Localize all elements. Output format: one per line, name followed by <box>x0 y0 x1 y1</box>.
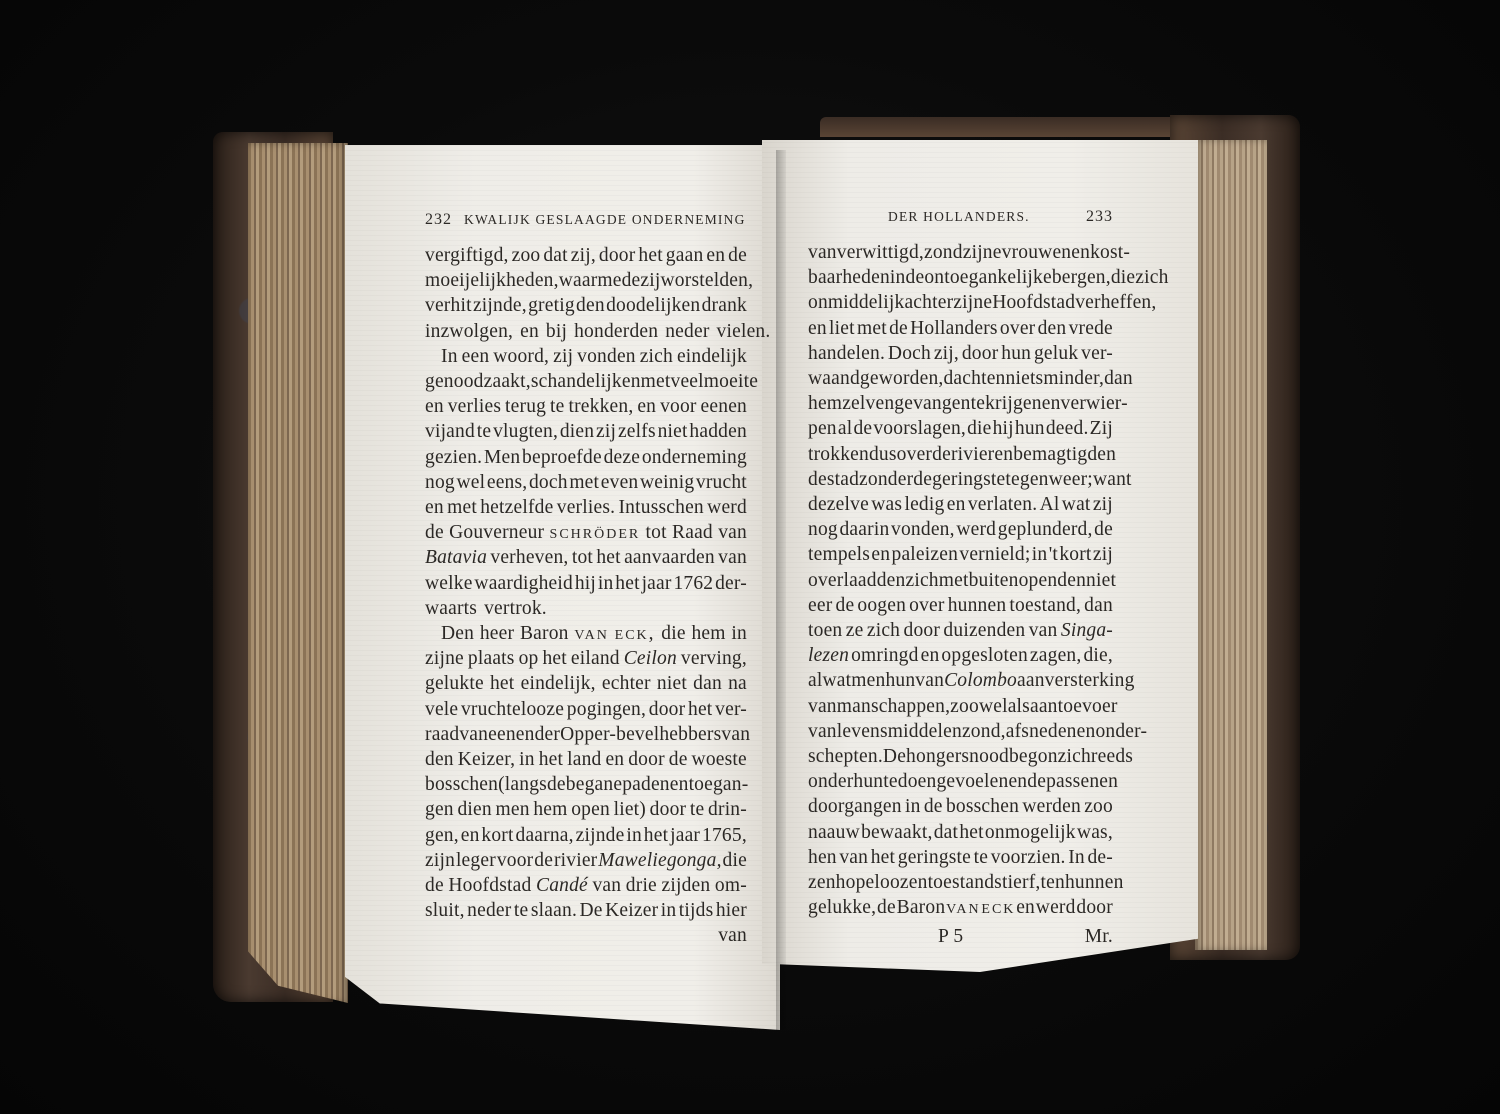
text-line: gen,enkortdaarna,zijndeinhetjaar1765, <box>425 823 747 848</box>
text-line: DenheerBaronVANECK,diehemin <box>425 621 747 646</box>
text-line: welkewaardigheidhijinhetjaar1762der- <box>425 571 747 596</box>
catchword: van <box>718 923 747 948</box>
text-line: waartsvertrok. <box>425 596 747 621</box>
text-line: verhitzijnde,gretigdendoodelijkendrank <box>425 293 747 318</box>
running-title: DER HOLLANDERS. <box>888 204 1030 229</box>
open-book: 232 KWALIJK GESLAAGDE ONDERNEMING vergif… <box>0 0 1500 1114</box>
text-line: Ineenwoord,zijvondenzicheindelijk <box>425 344 747 369</box>
text-line: deGouverneurSCHRÖDERtotRaadvan <box>425 520 747 545</box>
right-running-head: DER HOLLANDERS. 233 <box>808 204 1113 240</box>
text-line: zenhopeloozentoestandstierf,tenhunnen <box>808 870 1113 895</box>
page-number: 233 <box>1086 204 1113 229</box>
text-line: schepten.Dehongersnoodbegonzichreeds <box>808 744 1113 769</box>
page-footer: P 5 Mr. <box>808 924 1113 949</box>
text-line: deHoofdstadCandévandriezijdenom- <box>425 873 747 898</box>
text-line: sluit,nederteslaan.DeKeizerintijdshier <box>425 898 747 923</box>
text-line: gendienmenhemopenliet)doortedrin- <box>425 797 747 822</box>
text-line: moeijelijkheden,waarmedezijworstelden, <box>425 268 747 293</box>
text-line: hemzelvengevangentekrijgenenverwier- <box>808 391 1113 416</box>
text-line: nogweleens,dochmetevenweinigvrucht <box>425 470 747 495</box>
text-line: raadvaneenenderOpper-bevelhebbersvan <box>425 722 747 747</box>
text-line: vijandtevlugten,dienzijzelfsniethadden <box>425 419 747 444</box>
text-line: henvanhetgeringstetevoorzien.Inde- <box>808 845 1113 870</box>
text-line: toenzezichdoorduizendenvanSinga- <box>808 618 1113 643</box>
text-line: bosschen(langsdebeganepadenentoegan- <box>425 772 747 797</box>
text-line: vanlevensmiddelenzond,afsnedenenonder- <box>808 719 1113 744</box>
text-line: gelukke,deBaronVANECKenwerddoor <box>808 895 1113 920</box>
text-line: baarhedenindeontoegankelijkebergen,diezi… <box>808 265 1113 290</box>
right-body: vanverwittigd,zondzijnevrouwenenkost-baa… <box>808 240 1113 920</box>
left-running-head: 232 KWALIJK GESLAAGDE ONDERNEMING <box>425 207 747 243</box>
text-line: trokkendusoverderivierenbemagtigden <box>808 442 1113 467</box>
text-line: enlietmetdeHollandersoverdenvrede <box>808 316 1113 341</box>
text-line: enverliesterugtetrekken,envooreenen <box>425 394 747 419</box>
left-page-text: 232 KWALIJK GESLAAGDE ONDERNEMING vergif… <box>425 207 747 949</box>
text-line: alwatmenhunvanColomboaanversterking <box>808 668 1113 693</box>
page-number: 232 <box>425 207 452 232</box>
text-line: gelukteheteindelijk,echternietdanna <box>425 671 747 696</box>
text-line: Bataviaverheven,tothetaanvaardenvan <box>425 545 747 570</box>
book-gutter <box>776 150 786 1030</box>
text-line: waandgeworden,dachtennietsminder,dan <box>808 366 1113 391</box>
running-title: KWALIJK GESLAAGDE ONDERNEMING <box>464 207 746 232</box>
text-line: inzwolgen,enbijhonderdennedervielen. <box>425 319 747 344</box>
catchword: Mr. <box>1085 924 1113 949</box>
text-line: eerdeoogenoverhunnentoestand,dan <box>808 593 1113 618</box>
text-line: lezenomringdenopgeslotenzagen,die, <box>808 643 1113 668</box>
right-page-text: DER HOLLANDERS. 233 vanverwittigd,zondzi… <box>808 204 1113 950</box>
text-line: zijnlegervoorderivierMaweliegonga,die <box>425 848 747 873</box>
text-line: velevruchteloozepogingen,doorhetver- <box>425 697 747 722</box>
text-line: nogdaarinvonden,werdgeplunderd,de <box>808 517 1113 542</box>
left-body: vergiftigd,zoodatzij,doorhetgaanendemoei… <box>425 243 747 923</box>
text-line: destadzonderdegeringstetegenweer;want <box>808 467 1113 492</box>
text-line: onmiddelijkachterzijneHoofdstadverheffen… <box>808 290 1113 315</box>
text-line: tempelsenpaleizenvernield;in'tkortzij <box>808 542 1113 567</box>
text-line: genoodzaakt,schandelijkenmetveelmoeite <box>425 369 747 394</box>
text-line: onderhuntedoengevoelenendepassenen <box>808 769 1113 794</box>
catchword-line: van <box>425 923 747 948</box>
signature-mark: P 5 <box>938 924 963 949</box>
text-line: overlaaddenzichmetbuitenopendenniet <box>808 568 1113 593</box>
text-line: gezien.Menbeproefdedezeonderneming <box>425 445 747 470</box>
text-line: zijneplaatsopheteilandCeilonverving, <box>425 646 747 671</box>
text-line: vanmanschappen,zoowelalsaantoevoer <box>808 694 1113 719</box>
text-line: penaldevoorslagen,diehijhundeed.Zij <box>808 416 1113 441</box>
text-line: vanverwittigd,zondzijnevrouwenenkost- <box>808 240 1113 265</box>
text-line: enmethetzelfdeverlies.Intusschenwerd <box>425 495 747 520</box>
text-line: dezelvewasledigenverlaten.Alwatzij <box>808 492 1113 517</box>
text-line: doorgangenindebosschenwerdenzoo <box>808 794 1113 819</box>
text-line: vergiftigd,zoodatzij,doorhetgaanende <box>425 243 747 268</box>
left-page-block-edge <box>248 143 348 1003</box>
text-line: denKeizer,inhetlandendoordewoeste <box>425 747 747 772</box>
text-line: naauwbewaakt,dathetonmogelijkwas, <box>808 820 1113 845</box>
right-page-block-edge <box>1195 140 1267 950</box>
text-line: handelen.Dochzij,doorhungelukver- <box>808 341 1113 366</box>
